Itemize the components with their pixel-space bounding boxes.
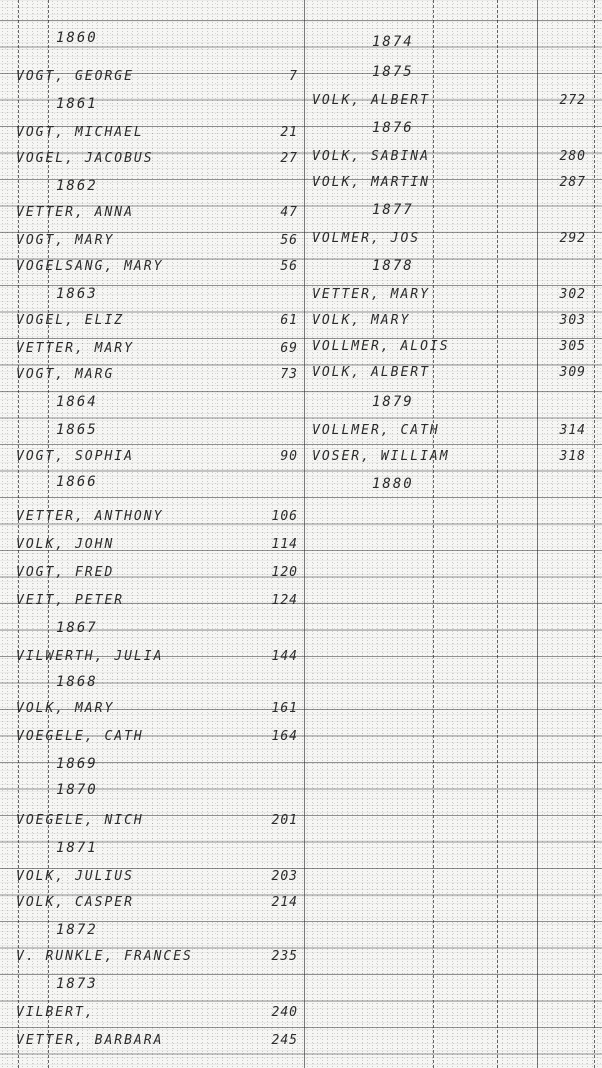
index-entry: Vetter, Mary69 bbox=[16, 332, 298, 356]
year-heading: 1878 bbox=[312, 250, 584, 274]
year-label: 1873 bbox=[56, 976, 98, 992]
entry-page-number: 21 bbox=[280, 125, 298, 140]
entry-name: Voser, William bbox=[312, 449, 450, 464]
year-label: 1872 bbox=[56, 922, 98, 938]
entry-name: Vogt, Michael bbox=[16, 125, 144, 140]
index-entry: Volk, Mary303 bbox=[312, 304, 584, 328]
year-heading: 1861 bbox=[16, 88, 298, 112]
entry-name: V. Runkle, Frances bbox=[16, 949, 193, 964]
index-entry: Voegele, Cath164 bbox=[16, 720, 298, 744]
entry-page-number: 302 bbox=[560, 287, 586, 302]
year-heading: 1873 bbox=[16, 968, 298, 992]
year-heading: 1869 bbox=[16, 748, 298, 772]
year-label: 1864 bbox=[56, 394, 98, 410]
entry-name: Volk, Casper bbox=[16, 895, 134, 910]
index-entry: Vogt, Fred120 bbox=[16, 556, 298, 580]
entry-page-number: 124 bbox=[272, 593, 298, 608]
year-heading: 1879 bbox=[312, 386, 584, 410]
ledger-rule bbox=[304, 0, 306, 1068]
year-label: 1875 bbox=[372, 64, 414, 80]
entry-page-number: 114 bbox=[272, 537, 298, 552]
year-heading: 1874 bbox=[312, 26, 584, 50]
year-heading: 1872 bbox=[16, 914, 298, 938]
year-label: 1860 bbox=[56, 30, 98, 46]
entry-name: Vogt, Sophia bbox=[16, 449, 134, 464]
year-label: 1867 bbox=[56, 620, 98, 636]
entry-name: Veit, Peter bbox=[16, 593, 124, 608]
year-heading: 1863 bbox=[16, 278, 298, 302]
entry-name: Vogelsang, Mary bbox=[16, 259, 163, 274]
entry-name: Voegele, Nich bbox=[16, 813, 144, 828]
year-heading: 1866 bbox=[16, 466, 298, 490]
year-heading: 1870 bbox=[16, 774, 298, 798]
entry-page-number: 120 bbox=[272, 565, 298, 580]
index-entry: Veit, Peter124 bbox=[16, 584, 298, 608]
index-entry: Vogt, Sophia90 bbox=[16, 440, 298, 464]
year-label: 1871 bbox=[56, 840, 98, 856]
entry-page-number: 201 bbox=[272, 813, 298, 828]
index-entry: Vogt, Michael21 bbox=[16, 116, 298, 140]
entry-page-number: 161 bbox=[272, 701, 298, 716]
entry-page-number: 203 bbox=[272, 869, 298, 884]
entry-name: Vetter, Mary bbox=[16, 341, 134, 356]
index-entry: Volk, Sabina280 bbox=[312, 140, 584, 164]
ledger-rule bbox=[594, 0, 596, 1068]
index-entry: Voser, William318 bbox=[312, 440, 584, 464]
year-label: 1876 bbox=[372, 120, 414, 136]
index-entry: Vetter, Barbara245 bbox=[16, 1024, 298, 1048]
index-entry: Vetter, Anna47 bbox=[16, 196, 298, 220]
entry-name: Volmer, Jos bbox=[312, 231, 420, 246]
year-heading: 1865 bbox=[16, 414, 298, 438]
entry-page-number: 240 bbox=[272, 1005, 298, 1020]
year-heading: 1876 bbox=[312, 112, 584, 136]
entry-name: Vollmer, Alois bbox=[312, 339, 450, 354]
entry-page-number: 214 bbox=[272, 895, 298, 910]
year-label: 1878 bbox=[372, 258, 414, 274]
entry-page-number: 272 bbox=[560, 93, 586, 108]
year-label: 1863 bbox=[56, 286, 98, 302]
entry-name: Vogt, Marg bbox=[16, 367, 114, 382]
entry-name: Vollmer, Cath bbox=[312, 423, 440, 438]
entry-page-number: 106 bbox=[272, 509, 298, 524]
index-entry: Vogt, George7 bbox=[16, 60, 298, 84]
index-entry: V. Runkle, Frances235 bbox=[16, 940, 298, 964]
entry-name: Vetter, Anna bbox=[16, 205, 134, 220]
entry-page-number: 27 bbox=[280, 151, 298, 166]
index-entry: Vetter, Mary302 bbox=[312, 278, 584, 302]
entry-page-number: 61 bbox=[280, 313, 298, 328]
index-entry: Vogel, Eliz61 bbox=[16, 304, 298, 328]
index-entry: Volk, Julius203 bbox=[16, 860, 298, 884]
entry-page-number: 292 bbox=[560, 231, 586, 246]
index-entry: Volk, Martin287 bbox=[312, 166, 584, 190]
year-heading: 1875 bbox=[312, 56, 584, 80]
entry-name: Volk, Martin bbox=[312, 175, 430, 190]
entry-name: Vilwerth, Julia bbox=[16, 649, 163, 664]
entry-name: Vogel, Eliz bbox=[16, 313, 124, 328]
entry-page-number: 235 bbox=[272, 949, 298, 964]
entry-name: Vetter, Mary bbox=[312, 287, 430, 302]
entry-page-number: 7 bbox=[289, 69, 298, 84]
index-entry: Volk, Albert309 bbox=[312, 356, 584, 380]
ledger-page: 1860Vogt, George71861Vogt, Michael21Voge… bbox=[0, 0, 602, 1068]
year-heading: 1880 bbox=[312, 468, 584, 492]
entry-page-number: 47 bbox=[280, 205, 298, 220]
entry-page-number: 245 bbox=[272, 1033, 298, 1048]
year-label: 1865 bbox=[56, 422, 98, 438]
index-entry: Vogt, Mary56 bbox=[16, 224, 298, 248]
entry-name: Vogt, Fred bbox=[16, 565, 114, 580]
index-entry: Vogel, Jacobus27 bbox=[16, 142, 298, 166]
index-entry: Volk, John114 bbox=[16, 528, 298, 552]
entry-name: Vogt, Mary bbox=[16, 233, 114, 248]
year-heading: 1867 bbox=[16, 612, 298, 636]
entry-page-number: 305 bbox=[560, 339, 586, 354]
entry-name: Volk, John bbox=[16, 537, 114, 552]
entry-name: Voegele, Cath bbox=[16, 729, 144, 744]
year-heading: 1877 bbox=[312, 194, 584, 218]
entry-page-number: 280 bbox=[560, 149, 586, 164]
year-label: 1868 bbox=[56, 674, 98, 690]
entry-page-number: 73 bbox=[280, 367, 298, 382]
entry-page-number: 164 bbox=[272, 729, 298, 744]
year-heading: 1871 bbox=[16, 832, 298, 856]
index-entry: Volk, Albert272 bbox=[312, 84, 584, 108]
index-entry: Vogelsang, Mary56 bbox=[16, 250, 298, 274]
year-label: 1861 bbox=[56, 96, 98, 112]
year-label: 1880 bbox=[372, 476, 414, 492]
entry-page-number: 287 bbox=[560, 175, 586, 190]
entry-name: Vetter, Anthony bbox=[16, 509, 163, 524]
index-entry: Volmer, Jos292 bbox=[312, 222, 584, 246]
entry-name: Volk, Mary bbox=[16, 701, 114, 716]
entry-page-number: 69 bbox=[280, 341, 298, 356]
entry-name: Volk, Sabina bbox=[312, 149, 430, 164]
year-label: 1879 bbox=[372, 394, 414, 410]
entry-name: Vogt, George bbox=[16, 69, 134, 84]
entry-page-number: 303 bbox=[560, 313, 586, 328]
index-entry: Vilwerth, Julia144 bbox=[16, 640, 298, 664]
year-heading: 1868 bbox=[16, 666, 298, 690]
index-entry: Voegele, Nich201 bbox=[16, 804, 298, 828]
year-label: 1874 bbox=[372, 34, 414, 50]
entry-name: Volk, Albert bbox=[312, 365, 430, 380]
year-heading: 1862 bbox=[16, 170, 298, 194]
index-entry: Vogt, Marg73 bbox=[16, 358, 298, 382]
index-entry: Volk, Mary161 bbox=[16, 692, 298, 716]
year-label: 1869 bbox=[56, 756, 98, 772]
entry-name: Volk, Albert bbox=[312, 93, 430, 108]
entry-name: Volk, Julius bbox=[16, 869, 134, 884]
entry-page-number: 56 bbox=[280, 259, 298, 274]
entry-name: Vetter, Barbara bbox=[16, 1033, 163, 1048]
index-entry: Vollmer, Cath314 bbox=[312, 414, 584, 438]
entry-page-number: 56 bbox=[280, 233, 298, 248]
index-entry: Volk, Casper214 bbox=[16, 886, 298, 910]
year-label: 1866 bbox=[56, 474, 98, 490]
index-entry: Vetter, Anthony106 bbox=[16, 500, 298, 524]
year-label: 1877 bbox=[372, 202, 414, 218]
entry-name: Vilbert, bbox=[16, 1005, 95, 1020]
index-entry: Vilbert,240 bbox=[16, 996, 298, 1020]
entry-page-number: 314 bbox=[560, 423, 586, 438]
year-heading: 1864 bbox=[16, 386, 298, 410]
year-label: 1870 bbox=[56, 782, 98, 798]
year-label: 1862 bbox=[56, 178, 98, 194]
index-entry: Vollmer, Alois305 bbox=[312, 330, 584, 354]
entry-page-number: 318 bbox=[560, 449, 586, 464]
year-heading: 1860 bbox=[16, 22, 298, 46]
entry-name: Volk, Mary bbox=[312, 313, 410, 328]
entry-name: Vogel, Jacobus bbox=[16, 151, 154, 166]
entry-page-number: 90 bbox=[280, 449, 298, 464]
entry-page-number: 309 bbox=[560, 365, 586, 380]
entry-page-number: 144 bbox=[272, 649, 298, 664]
